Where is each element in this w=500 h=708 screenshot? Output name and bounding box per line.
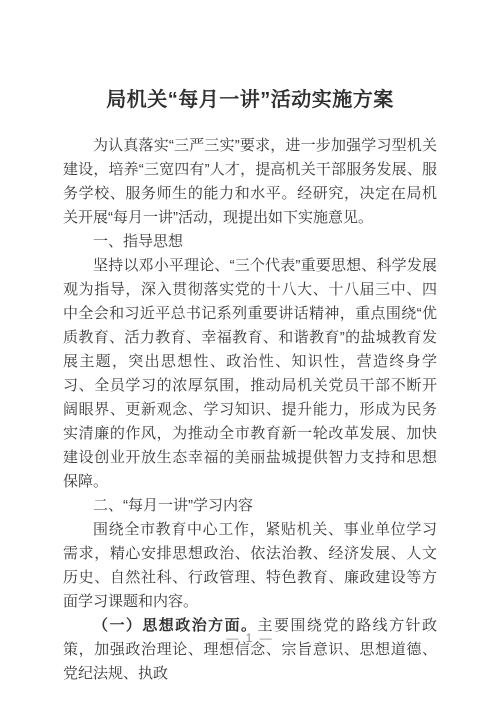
document-body: 为认真落实“三严三实”要求，进一步加强学习型机关建设，培养“三宽四有”人才，提高… [63, 134, 437, 686]
paragraph-item-one: （一）思想政治方面。主要围绕党的路线方针政策，加强政治理论、理想信念、宗旨意识、… [63, 614, 437, 686]
paragraph-learning-content: 围绕全市教育中心工作，紧贴机关、事业单位学习需求，精心安排思想政治、依法治教、经… [63, 518, 437, 614]
paragraph-intro: 为认真落实“三严三实”要求，进一步加强学习型机关建设，培养“三宽四有”人才，提高… [63, 134, 437, 230]
section-heading-guiding-ideology: 一、指导思想 [63, 230, 437, 254]
document-title: 局机关“每月一讲”活动实施方案 [0, 86, 500, 114]
section-heading-learning-content: 二、“每月一讲”学习内容 [63, 494, 437, 518]
page-number: — 1 — [0, 630, 500, 646]
paragraph-guiding-ideology: 坚持以邓小平理论、“三个代表”重要思想、科学发展观为指导，深入贯彻落实党的十八大… [63, 254, 437, 494]
document-page: 局机关“每月一讲”活动实施方案 为认真落实“三严三实”要求，进一步加强学习型机关… [0, 0, 500, 708]
